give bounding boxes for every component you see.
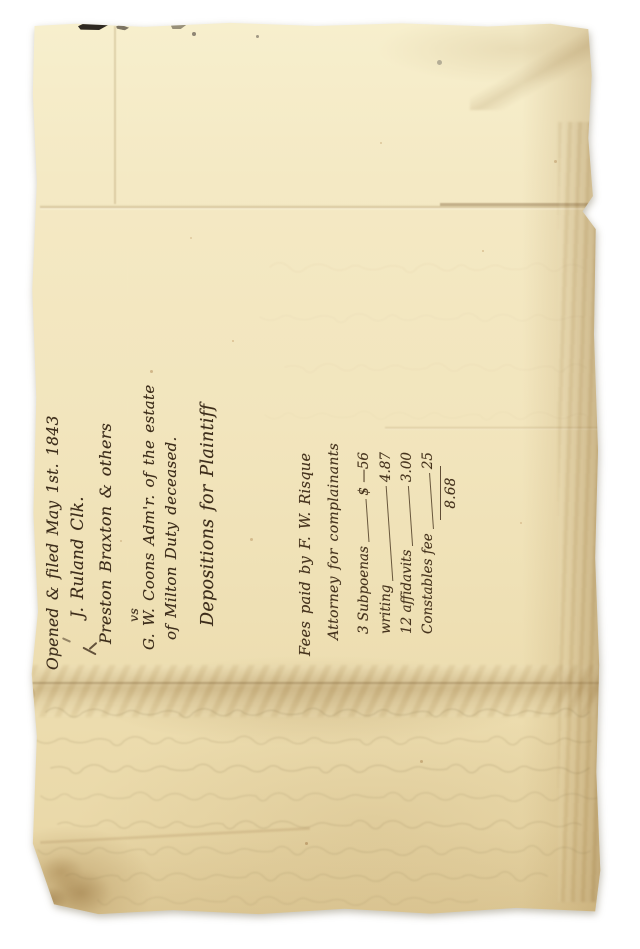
attorney-line: Attorney for complainants xyxy=(326,443,342,640)
fee-label: writing xyxy=(378,585,394,634)
edge-nick xyxy=(29,716,35,725)
fees-paid-by-line: Fees paid by F. W. Risque xyxy=(298,453,314,656)
fee-label: 3 Subpoenas xyxy=(356,546,372,634)
fee-amount: 25 xyxy=(420,452,436,469)
document-title-line: Depositions for Plaintiff xyxy=(198,404,218,626)
foxing-speck xyxy=(520,522,522,524)
fee-item-affidavits: 12 affidavits 3.00 xyxy=(399,452,415,634)
fold-crease-upper xyxy=(40,205,600,210)
foxing-speck xyxy=(380,142,382,144)
vertical-crease xyxy=(114,26,116,204)
fee-item-writing: writing 4.87 xyxy=(378,452,394,634)
scan-background: Opened & filed May 1st. 1843 J. Ruland C… xyxy=(0,0,640,949)
fee-leader-line xyxy=(421,473,434,529)
fee-label: 12 affidavits xyxy=(399,550,415,634)
fold-crease-upper-right xyxy=(440,203,600,206)
fee-label: Constables fee xyxy=(420,533,436,634)
ink-speck xyxy=(256,35,259,38)
ink-speck xyxy=(437,60,442,65)
ink-speck xyxy=(192,32,196,36)
ink-smudge xyxy=(171,22,186,29)
corner-crease-top-right xyxy=(470,30,620,110)
edge-nick xyxy=(28,688,35,699)
clerk-signature-line: J. Ruland Clk. xyxy=(68,496,87,618)
foxing-speck xyxy=(554,160,557,163)
fees-total: 8.68 xyxy=(440,466,459,520)
foxing-speck xyxy=(190,237,192,239)
defendant-name-line-1: G. W. Coons Adm'r. of the estate xyxy=(140,384,158,650)
paper-shadow-wrap: Opened & filed May 1st. 1843 J. Ruland C… xyxy=(0,0,640,949)
defendant-name-line-2: of Milton Duty deceased. xyxy=(162,436,180,640)
fee-item-constables-fee: Constables fee 25 xyxy=(420,452,436,634)
plaintiff-name-line: Preston Braxton & others xyxy=(96,423,115,644)
bleedthrough-writing-middle xyxy=(250,237,595,442)
fold-line-lower xyxy=(32,682,600,684)
bleedthrough-writing-bottom xyxy=(36,694,598,910)
fee-amount: 4.87 xyxy=(378,452,394,482)
fee-amount: 3.00 xyxy=(399,452,415,482)
document-paper: Opened & filed May 1st. 1843 J. Ruland C… xyxy=(30,22,602,915)
filed-date-line: Opened & filed May 1st. 1843 xyxy=(44,415,62,670)
fee-leader-line xyxy=(378,486,394,581)
fee-item-subpoenas: 3 Subpoenas $ —56 xyxy=(356,452,372,634)
fee-amount: $ —56 xyxy=(356,452,372,496)
versus-label: vs xyxy=(126,608,141,622)
fee-leader-line xyxy=(358,500,370,543)
foxing-speck xyxy=(232,340,234,342)
fee-leader-line xyxy=(400,486,413,546)
ink-smudge xyxy=(78,20,110,30)
handwriting-block: Opened & filed May 1st. 1843 J. Ruland C… xyxy=(42,430,462,670)
ink-smudge xyxy=(148,19,169,26)
ink-smudge xyxy=(116,24,130,31)
foxing-speck xyxy=(150,370,153,373)
